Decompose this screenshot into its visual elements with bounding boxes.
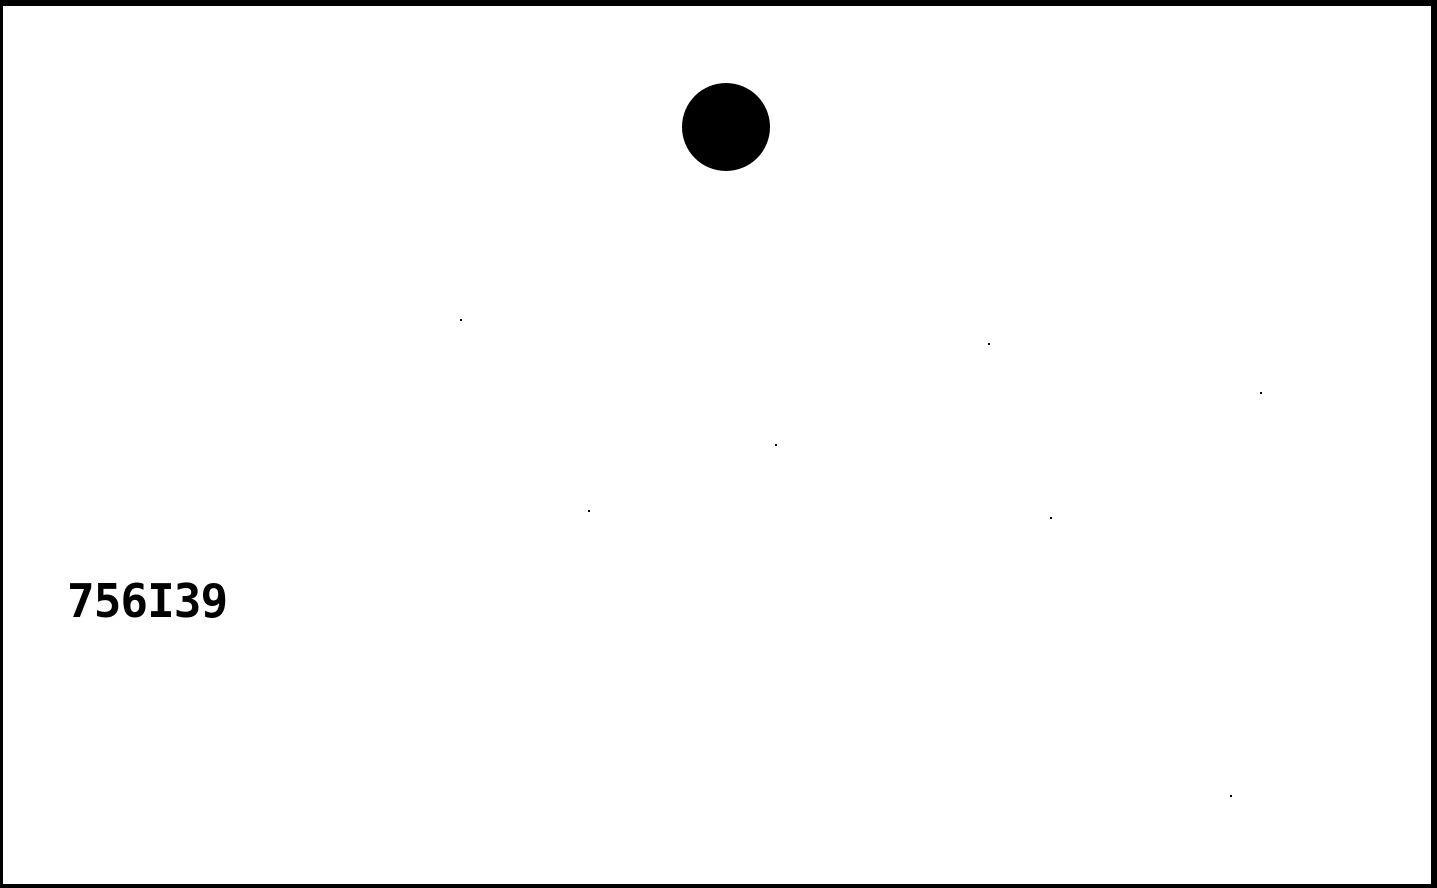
scan-speck [1230, 795, 1232, 797]
scan-speck [988, 343, 990, 345]
index-card: 756I39 [3, 6, 1431, 884]
scan-speck [588, 510, 590, 512]
scan-speck [460, 319, 462, 321]
card-number: 756I39 [67, 574, 227, 628]
scan-speck [1050, 517, 1052, 519]
scan-speck [775, 444, 777, 446]
scan-speck [1260, 392, 1262, 394]
punch-hole [682, 83, 770, 171]
